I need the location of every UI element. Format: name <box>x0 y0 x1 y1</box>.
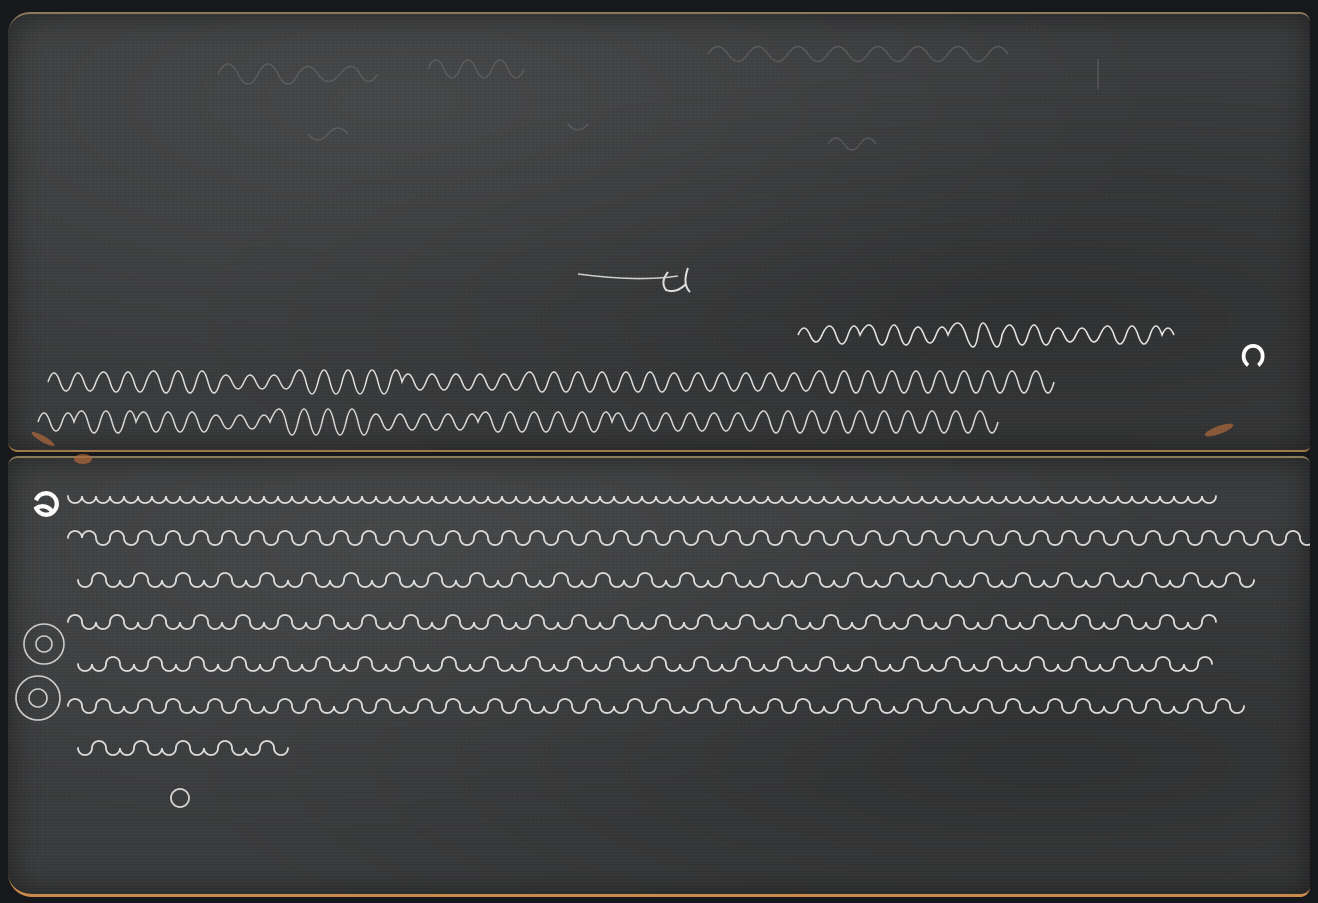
manuscript-photo: ဂ ခ <box>0 0 1318 903</box>
margin-seal <box>16 624 64 720</box>
cursive-line-2 <box>38 352 1258 396</box>
torn-edge <box>74 454 92 464</box>
burmese-text-block <box>8 458 1310 894</box>
page-marker: ဂ <box>1240 326 1266 372</box>
cursive-line-1 <box>788 310 1258 350</box>
small-stroke-mark <box>568 264 718 304</box>
lower-panel: ခ <box>8 456 1310 897</box>
upper-panel: ဂ <box>8 12 1310 452</box>
cursive-line-3 <box>28 394 1258 444</box>
